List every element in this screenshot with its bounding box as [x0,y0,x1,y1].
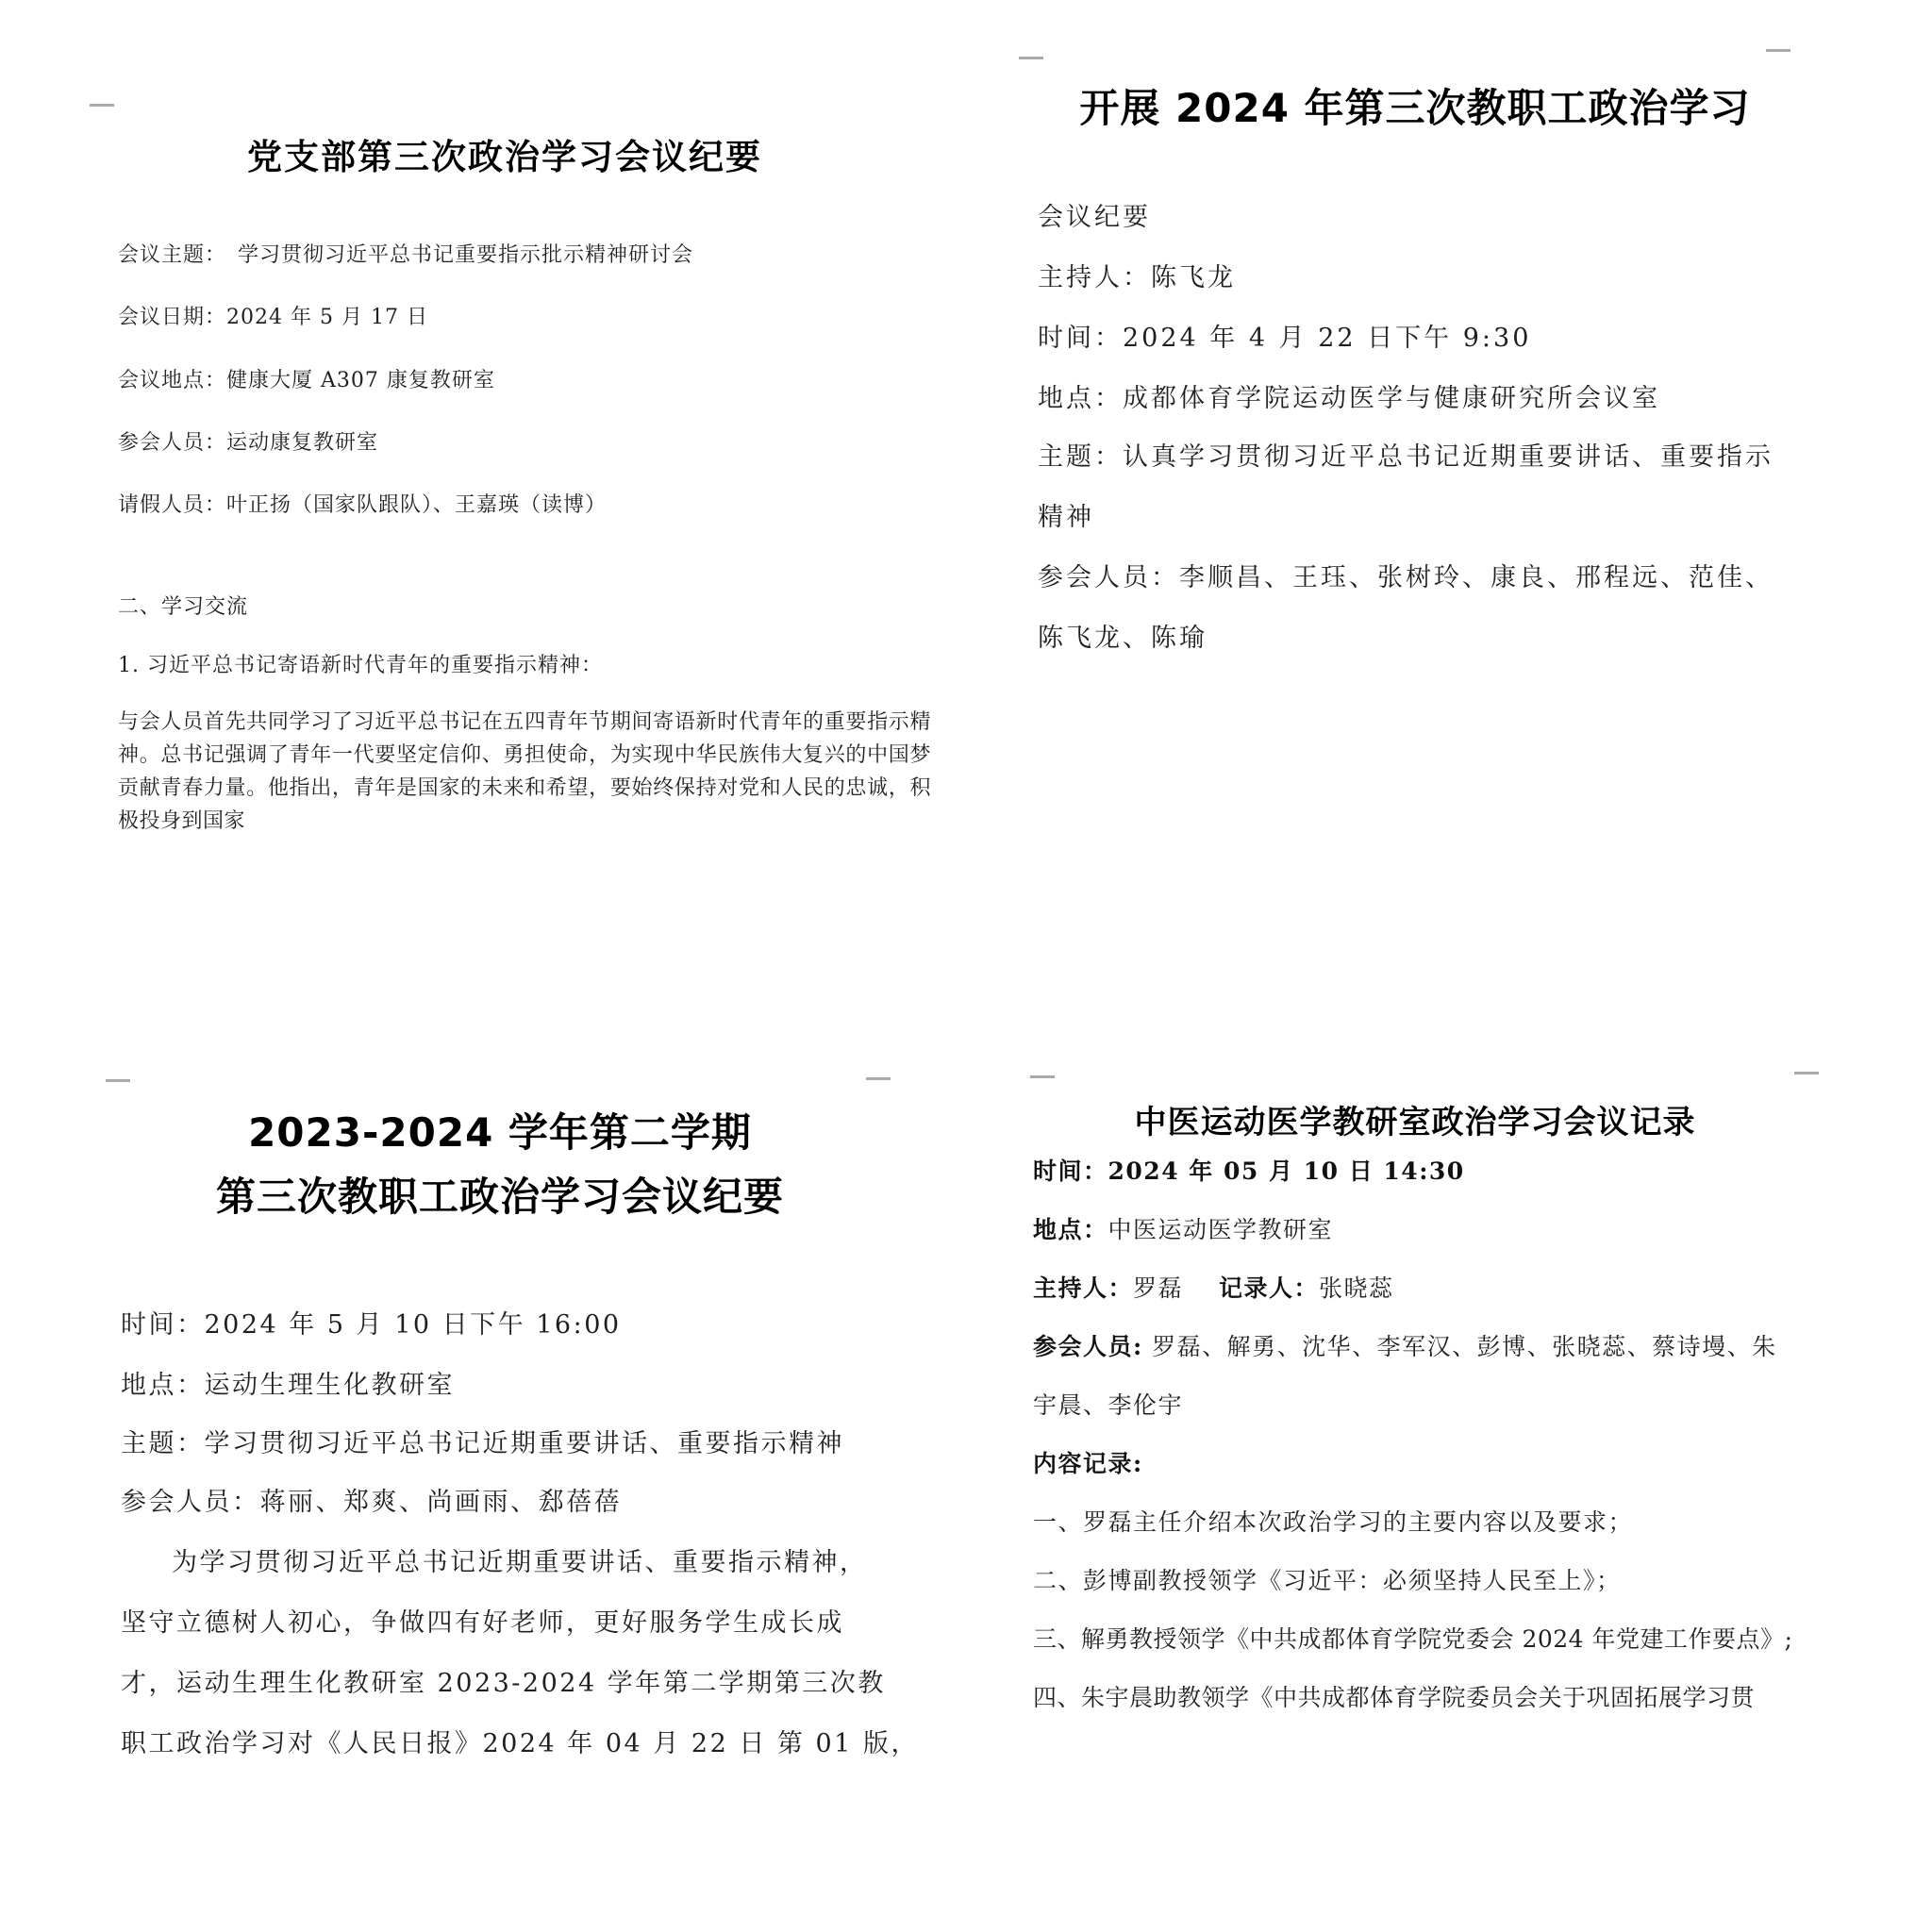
place-line: 地点：运动生理生化教研室 [121,1364,455,1401]
place-line: 地点：中医运动医学教研室 [1033,1211,1333,1245]
host-label: 主持人： [1033,1274,1133,1302]
record-item-4: 四、朱宇晨助教领学《中共成都体育学院委员会关于巩固拓展学习贯 [1033,1679,1755,1713]
recorder-label: 记录人： [1219,1274,1319,1302]
place-value: 中医运动医学教研室 [1108,1216,1334,1243]
meeting-date-line: 会议日期：2024 年 5 月 17 日 [118,301,428,330]
place-label: 地点： [1033,1216,1108,1243]
time-label: 时间： [1033,1158,1108,1185]
page-title: 开展 2024 年第三次教职工政治学习 [1009,77,1821,134]
place-line: 地点：成都体育学院运动医学与健康研究所会议室 [1038,377,1660,414]
attendees-line: 参会人员：李顺昌、王珏、张树玲、康良、邢程远、范佳、 [1038,557,1774,593]
paragraph-line2: 坚守立德树人初心，争做四有好老师，更好服务学生成长成 [121,1602,844,1639]
record-item-2: 二、彭博副教授领学《习近平：必须坚持人民至上》； [1033,1562,1622,1596]
time-line: 时间：2024 年 4 月 22 日下午 9:30 [1038,317,1531,354]
attendees-label: 参会人员: [1033,1333,1143,1360]
body-paragraph: 与会人员首先共同学习了习近平总书记在五四青年节期间寄语新时代青年的重要指示精神。… [118,706,931,838]
scan-mark [90,104,114,107]
section-heading: 二、学习交流 [118,591,248,620]
host-value: 罗磊 [1133,1274,1183,1302]
paragraph-line1: 为学习贯彻习近平总书记近期重要讲话、重要指示精神， [121,1541,868,1578]
content-record-label: 内容记录: [1033,1445,1143,1479]
time-value: 2024 年 05 月 10 日 14:30 [1108,1158,1465,1185]
host-recorder-line: 主持人：罗磊记录人：张晓蕊 [1033,1270,1394,1304]
scan-mark [1030,1075,1055,1078]
record-item-3: 三、解勇教授领学《中共成都体育学院党委会 2024 年党建工作要点》; [1033,1621,1792,1655]
record-item-1: 一、罗磊主任介绍本次政治学习的主要内容以及要求； [1033,1504,1633,1538]
attendees-line: 参会人员：运动康复教研室 [118,426,378,456]
meeting-place-line: 会议地点：健康大厦 A307 康复教研室 [118,364,495,393]
page-title-line1: 2023-2024 学年第二学期 [75,1102,924,1158]
scan-mark [1019,57,1043,59]
scan-mark [866,1077,891,1080]
attendees-cont: 陈飞龙、陈瑜 [1038,617,1207,654]
meeting-topic-line: 会议主题： 学习贯彻习近平总书记重要指示批示精神研讨会 [118,239,693,268]
paragraph-line3: 才，运动生理生化教研室 2023-2024 学年第二学期第三次教 [121,1662,886,1699]
summary-label: 会议纪要 [1038,196,1151,233]
host-line: 主持人：陈飞龙 [1038,257,1236,293]
page-title-line2: 第三次教职工政治学习会议纪要 [75,1166,924,1223]
item-heading: 1. 习近平总书记寄语新时代青年的重要指示精神： [118,649,603,678]
time-line: 时间：2024 年 5 月 10 日下午 16:00 [121,1304,622,1341]
time-line: 时间：2024 年 05 月 10 日 14:30 [1033,1153,1465,1187]
page-title: 中医运动医学教研室政治学习会议记录 [1014,1096,1816,1142]
page-title: 党支部第三次政治学习会议纪要 [90,128,920,179]
topic-line-cont: 精神 [1038,496,1094,533]
scanned-documents-grid: 党支部第三次政治学习会议纪要 会议主题： 学习贯彻习近平总书记重要指示批示精神研… [0,0,1932,1932]
recorder-value: 张晓蕊 [1319,1274,1394,1302]
scan-mark [1766,49,1790,52]
scan-mark [106,1079,130,1082]
paragraph-line4: 职工政治学习对《人民日报》2024 年 04 月 22 日 第 01 版， [121,1723,919,1759]
attendees-value: 罗磊、解勇、沈华、李军汉、彭博、张晓蕊、蔡诗墁、朱 [1143,1333,1777,1360]
attendees-line: 参会人员：蒋丽、郑爽、尚画雨、郄蓓蓓 [121,1481,622,1518]
attendees-line: 参会人员: 罗磊、解勇、沈华、李军汉、彭博、张晓蕊、蔡诗墁、朱 [1033,1328,1777,1362]
topic-line: 主题：学习贯彻习近平总书记近期重要讲话、重要指示精神 [121,1423,844,1459]
leave-line: 请假人员：叶正扬（国家队跟队）、王嘉瑛（读博） [118,489,607,518]
attendees-cont: 宇晨、李伦宇 [1033,1387,1183,1421]
scan-mark [1794,1072,1819,1074]
topic-line: 主题：认真学习贯彻习近平总书记近期重要讲话、重要指示 [1038,436,1774,473]
